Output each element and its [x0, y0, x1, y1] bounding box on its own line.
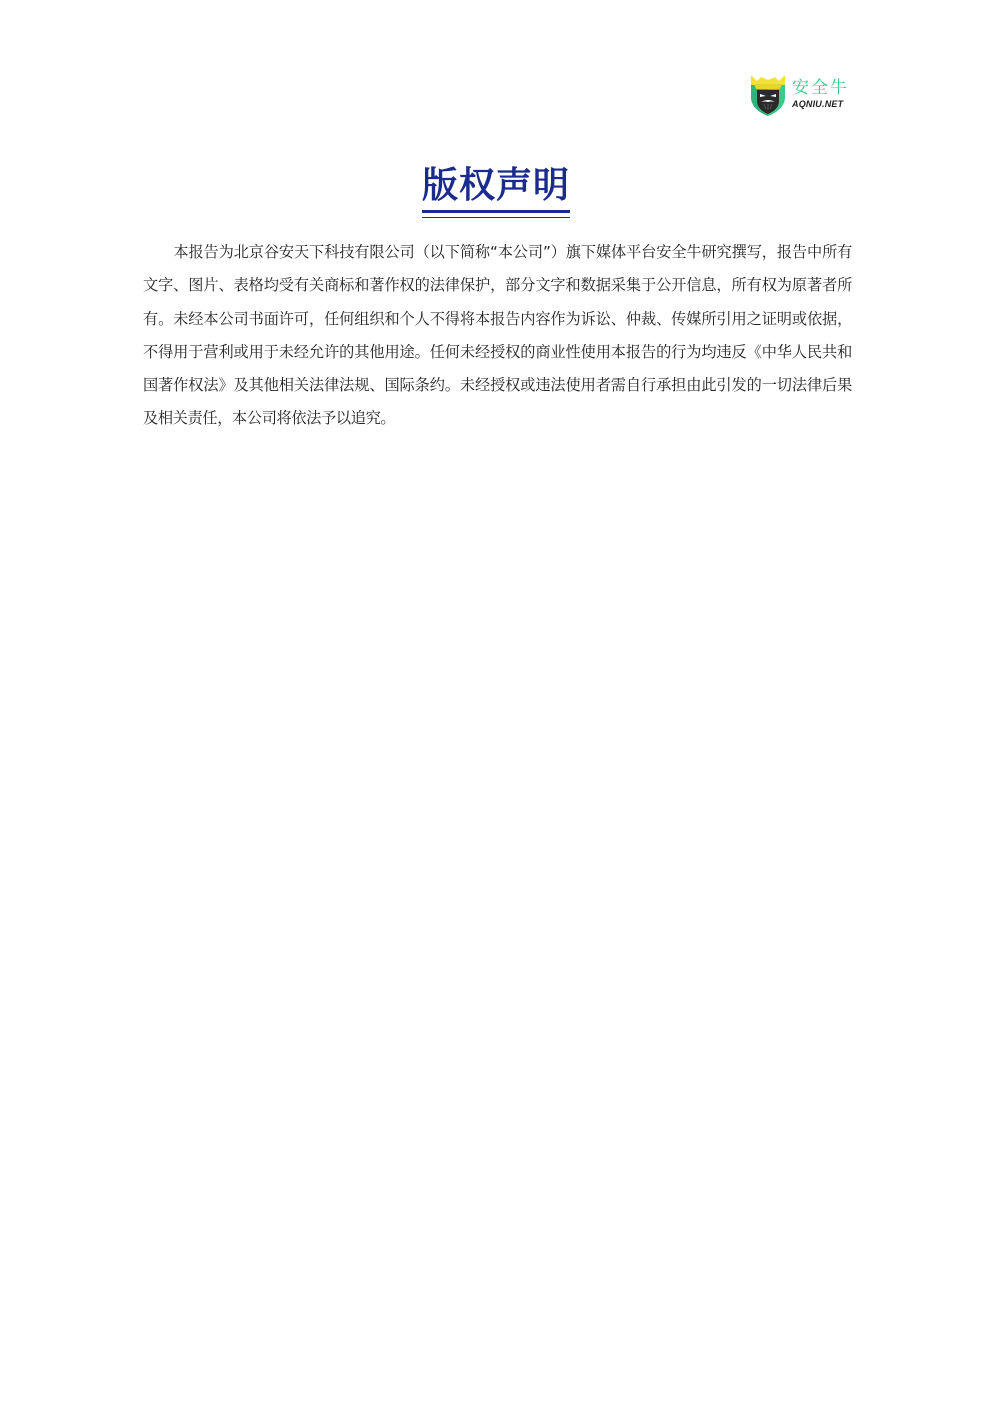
copyright-paragraph: 本报告为北京谷安天下科技有限公司（以下简称“本公司”）旗下媒体平台安全牛研究撰写… — [143, 236, 852, 436]
logo-name-en: AQNIU.NET — [792, 100, 849, 109]
title-container: 版权声明 — [0, 164, 992, 213]
brand-logo: 安全牛 AQNIU.NET — [748, 70, 858, 118]
page-title: 版权声明 — [422, 164, 570, 213]
logo-name-cn: 安全牛 — [792, 80, 849, 97]
shield-warrior-icon — [748, 71, 788, 117]
logo-text: 安全牛 AQNIU.NET — [792, 80, 849, 109]
